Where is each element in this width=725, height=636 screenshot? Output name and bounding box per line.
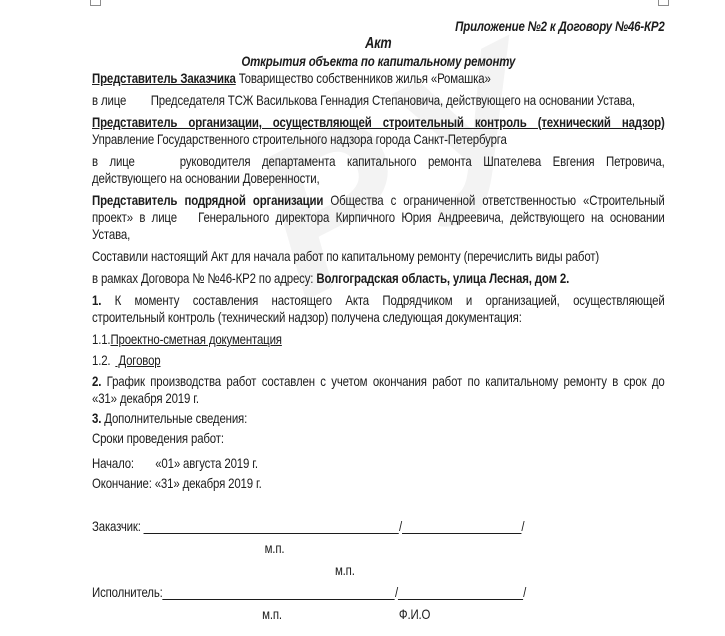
text-segment: «01» августа 2019 г. [155, 455, 258, 471]
slash-separator: / [521, 518, 524, 534]
text-segment: Дополнительные сведения: [101, 410, 247, 426]
text-line: строительный контроль (технический надзо… [92, 309, 665, 326]
signature-block: Заказчик: // м.п. м.п. Исполнитель:// м.… [92, 518, 665, 623]
customer-signature-line [144, 520, 399, 534]
text-segment: руководителя департамента капитального р… [180, 153, 665, 169]
stamp-label: м.п. [262, 606, 282, 623]
text-line: «31» декабря 2019 г. [92, 390, 665, 407]
text-segment: 2. [92, 373, 101, 389]
stamp-label: м.п. [335, 562, 355, 578]
text-line: Акт [92, 35, 665, 53]
text-line: действующего на основании Доверенности, [92, 170, 665, 187]
text-segment: «31» декабря 2019 г. [92, 390, 199, 406]
text-line: Представитель Заказчика Товарищество соб… [92, 70, 665, 87]
text-segment: Договор [115, 352, 160, 368]
customer-signature-row: Заказчик: // [92, 518, 665, 535]
text-segment: в лице [92, 92, 126, 108]
text-segment: Окончание: «31» декабря 2019 г. [92, 475, 262, 491]
text-segment: 1.1. [92, 331, 110, 347]
text-segment: действующего на основании Доверенности, [92, 170, 320, 186]
stamp-fio-row: м.п.Ф.И.О [92, 606, 665, 623]
clause-1-2: 1.2. Договор [92, 352, 665, 369]
document-page: РУ Приложение №2 к Договору №46-КР2АктОт… [0, 0, 725, 636]
annex-reference: Приложение №2 к Договору №46-КР2 [92, 18, 665, 35]
text-line: Устава, [92, 226, 665, 243]
text-line: Представитель подрядной организации Обще… [92, 192, 665, 209]
document-body: Приложение №2 к Договору №46-КР2АктОткры… [92, 18, 665, 492]
text-segment: строительный контроль (технический надзо… [92, 309, 522, 325]
customer-label: Заказчик: [92, 518, 144, 534]
text-segment: К моменту составления настоящего Акта По… [101, 292, 664, 308]
clause-1: 1. К моменту составления настоящего Акта… [92, 292, 665, 326]
contract-address: в рамках Договора № №46-КР2 по адресу: В… [92, 270, 665, 287]
clause-1-1: 1.1.Проектно-сметная документация [92, 331, 665, 348]
text-segment: Составили настоящий Акт для начала работ… [92, 248, 599, 264]
text-segment: Генерального директора Кирпичного Юрия А… [198, 209, 664, 225]
text-line: Начало:«01» августа 2019 г. [92, 455, 665, 472]
text-segment: Товарищество собственников жилья «Ромашк… [236, 70, 491, 86]
slash-separator: / [523, 584, 526, 600]
text-segment: Управление Государственного строительног… [92, 131, 507, 147]
work-terms-heading: Сроки проведения работ: [92, 430, 665, 447]
text-line: Открытия объекта по капитальному ремонту [92, 53, 665, 70]
text-segment: Устава, [92, 226, 130, 242]
text-line: Представитель организации, осуществляюще… [92, 114, 665, 131]
fio-label: Ф.И.О [399, 606, 430, 623]
text-segment: проект» в лице [92, 209, 177, 225]
text-segment: Волгоградская область, улица Лесная, дом… [316, 270, 569, 286]
text-segment: в рамках Договора № №46-КР2 по адресу: [92, 270, 316, 286]
text-segment: Акт [365, 35, 391, 52]
stamp-row: м.п. [92, 562, 665, 579]
customer-representative: Представитель Заказчика Товарищество соб… [92, 70, 665, 87]
contractor-name-line [398, 586, 523, 600]
text-column: Приложение №2 к Договору №46-КР2АктОткры… [92, 11, 665, 628]
text-line: 1. К моменту составления настоящего Акта… [92, 292, 665, 309]
text-line: в рамках Договора № №46-КР2 по адресу: В… [92, 270, 665, 287]
text-segment: Представитель подрядной организации [92, 192, 323, 208]
text-segment: 1. [92, 292, 101, 308]
text-segment: Начало: [92, 455, 134, 471]
clause-3: 3. Дополнительные сведения: [92, 410, 665, 427]
stamp-row: м.п. [92, 540, 665, 557]
contractor-representative: Представитель подрядной организации Обще… [92, 192, 665, 243]
text-line: Приложение №2 к Договору №46-КР2 [92, 18, 665, 35]
text-segment: 1.2. [92, 352, 110, 368]
contractor-signature-line [163, 586, 395, 600]
text-segment: Проектно-сметная документация [110, 331, 281, 347]
text-line: Составили настоящий Акт для начала работ… [92, 248, 665, 265]
end-date: Окончание: «31» декабря 2019 г. [92, 475, 665, 492]
text-line: Управление Государственного строительног… [92, 131, 665, 148]
start-date: Начало:«01» августа 2019 г. [92, 455, 665, 472]
act-purpose: Составили настоящий Акт для начала работ… [92, 248, 665, 265]
text-line: 3. Дополнительные сведения: [92, 410, 665, 427]
text-segment: 3. [92, 410, 101, 426]
contractor-label: Исполнитель: [92, 584, 163, 600]
stamp-label: м.п. [265, 540, 285, 556]
doc-subtitle: Открытия объекта по капитальному ремонту [92, 53, 665, 70]
customer-in-person: в лицеПредседателя ТСЖ Василькова Геннад… [92, 92, 665, 109]
square-anchor-handle-icon[interactable] [658, 0, 669, 6]
supervision-in-person: в лицеруководителя департамента капиталь… [92, 153, 665, 187]
text-line: 1.1.Проектно-сметная документация [92, 331, 665, 348]
text-segment: Сроки проведения работ: [92, 430, 224, 446]
text-segment: График производства работ составлен с уч… [101, 373, 664, 389]
text-line: в лицеПредседателя ТСЖ Василькова Геннад… [92, 92, 665, 109]
text-line: проект» в лицеГенерального директора Кир… [92, 209, 665, 226]
text-segment: Открытия объекта по капитальному ремонту [241, 53, 515, 69]
text-line: 2. График производства работ составлен с… [92, 373, 665, 390]
customer-name-line [402, 520, 521, 534]
text-segment: Приложение №2 к Договору №46-КР2 [455, 18, 664, 34]
text-line: Сроки проведения работ: [92, 430, 665, 447]
supervision-representative: Представитель организации, осуществляюще… [92, 114, 665, 148]
square-anchor-handle-icon[interactable] [90, 0, 101, 6]
doc-title: Акт [92, 35, 665, 53]
contractor-signature-row: Исполнитель:// [92, 584, 665, 601]
text-segment: Общества с ограниченной ответственностью… [323, 192, 664, 208]
text-line: Окончание: «31» декабря 2019 г. [92, 475, 665, 492]
text-segment: Председателя ТСЖ Василькова Геннадия Сте… [151, 92, 635, 108]
text-segment: Представитель организации, осуществляюще… [92, 114, 665, 130]
text-line: 1.2. Договор [92, 352, 665, 369]
clause-2: 2. График производства работ составлен с… [92, 373, 665, 407]
text-segment: в лице [92, 153, 135, 169]
text-segment: Представитель Заказчика [92, 70, 236, 86]
text-line: в лицеруководителя департамента капиталь… [92, 153, 665, 170]
